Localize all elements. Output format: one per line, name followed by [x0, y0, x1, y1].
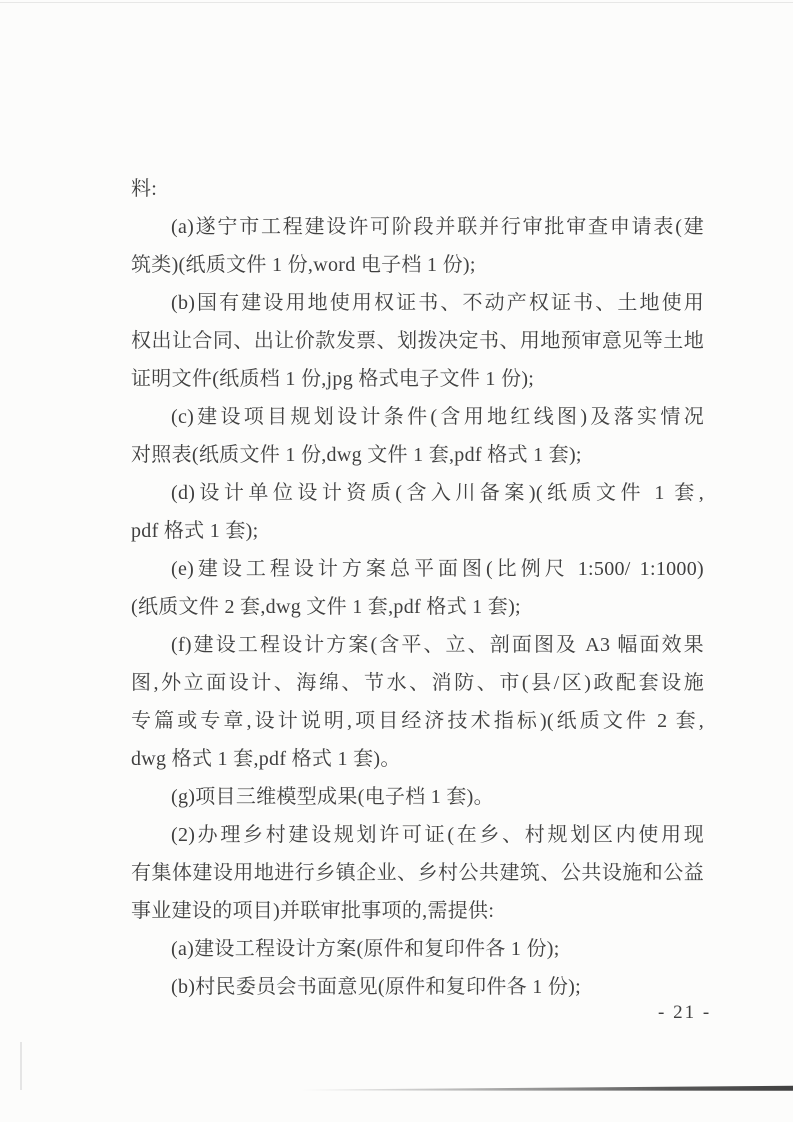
text-line: dwg 格式 1 套,pdf 格式 1 套)。 — [131, 740, 704, 778]
text-line: (a)建设工程设计方案(原件和复印件各 1 份); — [131, 930, 704, 968]
text-line: (纸质文件 2 套,dwg 文件 1 套,pdf 格式 1 套); — [131, 588, 704, 626]
text-line: (f)建设工程设计方案(含平、立、剖面图及 A3 幅面效果 — [131, 626, 704, 664]
text-line: (b)国有建设用地使用权证书、不动产权证书、土地使用 — [131, 284, 704, 322]
text-line: (e)建设工程设计方案总平面图(比例尺 1:500/ 1:1000) — [131, 550, 704, 588]
text-line: 有集体建设用地进行乡镇企业、乡村公共建筑、公共设施和公益 — [131, 854, 704, 892]
text-line: pdf 格式 1 套); — [131, 512, 704, 550]
text-line: (c)建设项目规划设计条件(含用地红线图)及落实情况 — [131, 398, 704, 436]
text-line: (2)办理乡村建设规划许可证(在乡、村规划区内使用现 — [131, 816, 704, 854]
scan-bottom-edge-artifact — [300, 1085, 793, 1093]
text-line: 图,外立面设计、海绵、节水、消防、市(县/区)政配套设施 — [131, 664, 704, 702]
text-line: (b)村民委员会书面意见(原件和复印件各 1 份); — [131, 968, 704, 1006]
document-body: 料:(a)遂宁市工程建设许可阶段并联并行审批审查申请表(建筑类)(纸质文件 1 … — [131, 170, 704, 1006]
text-line: (d)设计单位设计资质(含入川备案)(纸质文件 1 套, — [131, 474, 704, 512]
text-line: 料: — [131, 170, 704, 208]
text-line: (a)遂宁市工程建设许可阶段并联并行审批审查申请表(建 — [131, 208, 704, 246]
text-line: 筑类)(纸质文件 1 份,word 电子档 1 份); — [131, 246, 704, 284]
text-line: 对照表(纸质文件 1 份,dwg 文件 1 套,pdf 格式 1 套); — [131, 436, 704, 474]
document-page: 料:(a)遂宁市工程建设许可阶段并联并行审批审查申请表(建筑类)(纸质文件 1 … — [0, 0, 793, 1122]
text-line: 证明文件(纸质档 1 份,jpg 格式电子文件 1 份); — [131, 360, 704, 398]
page-number: - 21 - — [658, 1002, 711, 1024]
text-line: 权出让合同、出让价款发票、划拨决定书、用地预审意见等土地 — [131, 322, 704, 360]
text-line: 事业建设的项目)并联审批事项的,需提供: — [131, 892, 704, 930]
text-line: (g)项目三维模型成果(电子档 1 套)。 — [131, 778, 704, 816]
scan-top-edge-artifact — [0, 2, 793, 3]
text-line: 专篇或专章,设计说明,项目经济技术指标)(纸质文件 2 套, — [131, 702, 704, 740]
scan-left-smudge-artifact — [20, 1042, 22, 1090]
